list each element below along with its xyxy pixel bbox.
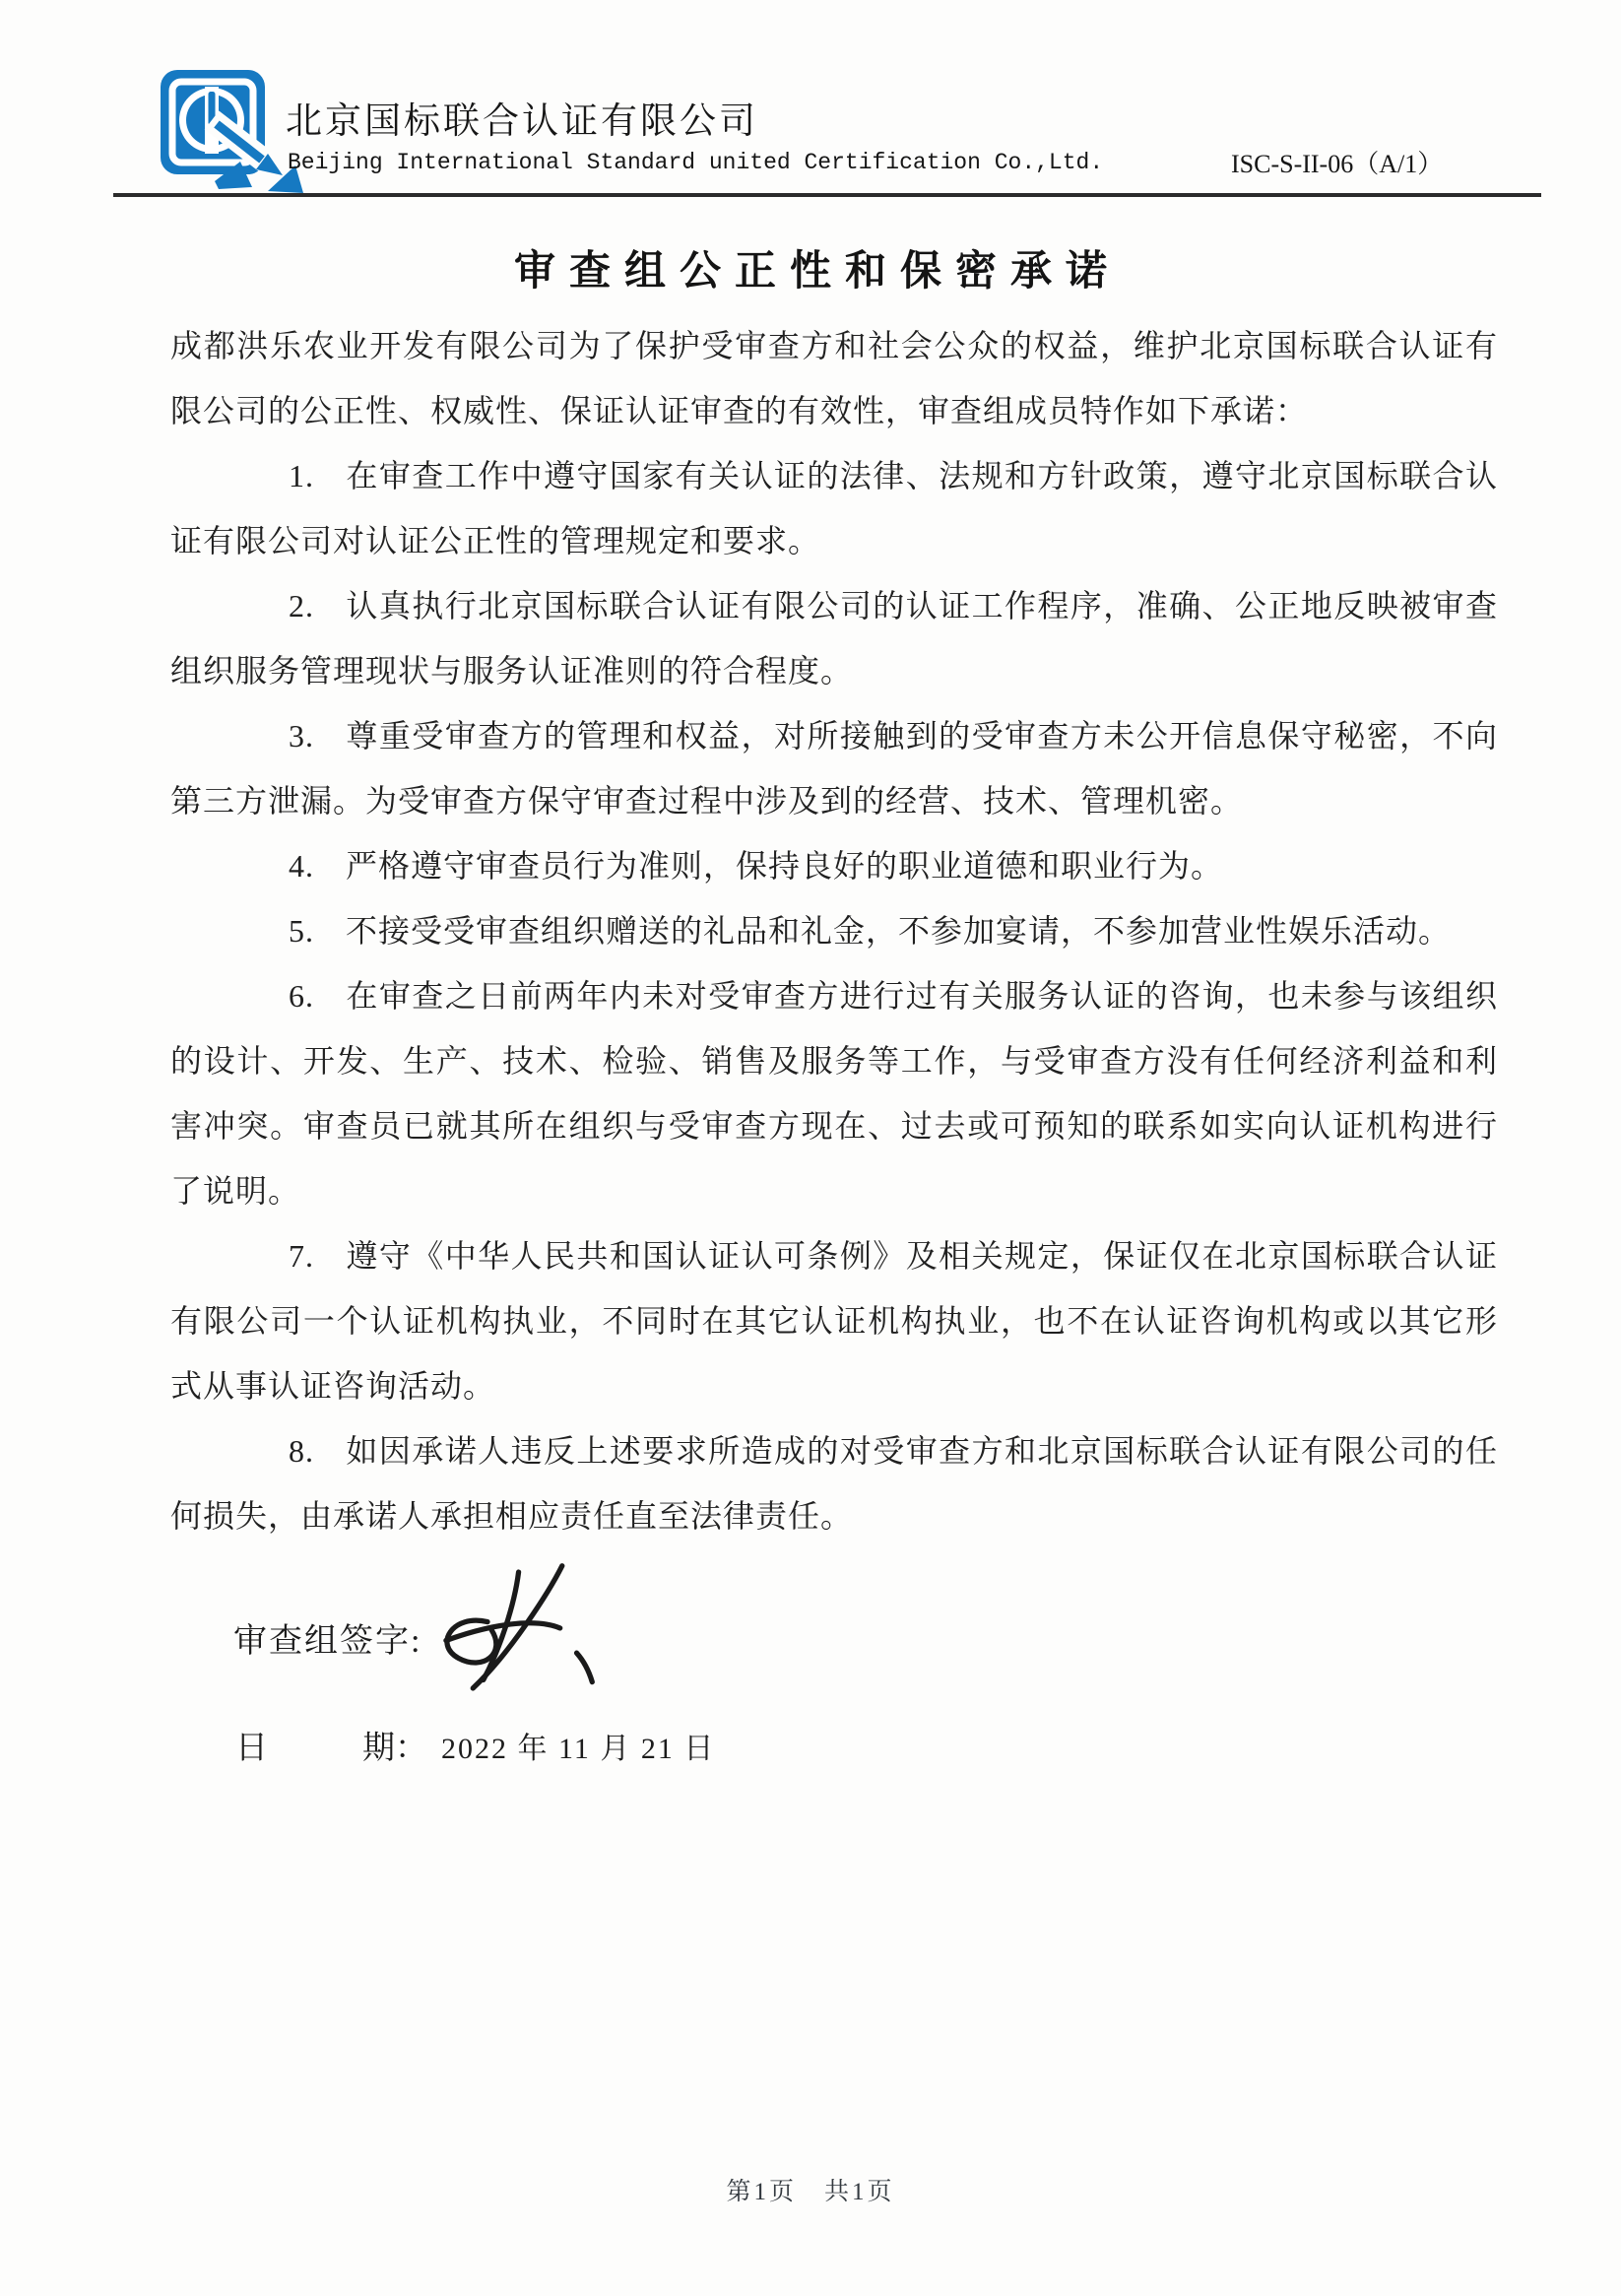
document-body: 成都洪乐农业开发有限公司为了保护受审查方和社会公众的权益，维护北京国标联合认证有… (170, 313, 1498, 1548)
date-row: 日期：2022 年 11 月 21 日 (235, 1722, 715, 1768)
page-number: 第1页 共1页 (726, 2179, 894, 2205)
signature-row: 审查组签字: (233, 1613, 421, 1662)
item-text: 遵守《中华人民共和国认证认可条例》及相关规定，保证仅在北京国标联合认证有限公司一… (170, 1238, 1498, 1404)
date-label-day: 日 (235, 1731, 268, 1766)
item-text: 如因承诺人违反上述要求所造成的对受审查方和北京国标联合认证有限公司的任何损失，由… (170, 1433, 1498, 1534)
item-text: 严格遵守审查员行为准则，保持良好的职业道德和职业行为。 (346, 848, 1223, 884)
date-value: 2022 年 11 月 21 日 (441, 1733, 715, 1765)
commitment-item-3: 3.尊重受审查方的管理和权益，对所接触到的受审查方未公开信息保守秘密，不向第三方… (170, 703, 1498, 833)
signature-label: 审查组签字: (233, 1623, 421, 1660)
item-number: 6. (229, 963, 314, 1028)
company-name-zh: 北京国标联合认证有限公司 (286, 91, 758, 144)
date-label-qi: 期： (362, 1731, 427, 1766)
commitment-item-5: 5.不接受受审查组织赠送的礼品和礼金，不参加宴请，不参加营业性娱乐活动。 (170, 898, 1498, 963)
document-page: 北京国标联合认证有限公司 Beijing International Stand… (0, 0, 1621, 2296)
item-number: 3. (229, 703, 314, 768)
handwritten-signature-image (409, 1556, 606, 1704)
item-number: 1. (229, 443, 314, 508)
item-text: 不接受受审查组织赠送的礼品和礼金，不参加宴请，不参加营业性娱乐活动。 (346, 913, 1451, 949)
page-title: 审查组公正性和保密承诺 (0, 238, 1621, 297)
item-number: 8. (229, 1418, 314, 1483)
item-number: 2. (229, 573, 314, 638)
item-text: 认真执行北京国标联合认证有限公司的认证工作程序，准确、公正地反映被审查组织服务管… (170, 588, 1498, 689)
item-text: 在审查之日前两年内未对受审查方进行过有关服务认证的咨询，也未参与该组织的设计、开… (170, 978, 1498, 1209)
commitment-item-1: 1.在审查工作中遵守国家有关认证的法律、法规和方针政策，遵守北京国标联合认证有限… (170, 443, 1498, 573)
commitment-item-2: 2.认真执行北京国标联合认证有限公司的认证工作程序，准确、公正地反映被审查组织服… (170, 573, 1498, 703)
item-text: 尊重受审查方的管理和权益，对所接触到的受审查方未公开信息保守秘密，不向第三方泄漏… (170, 718, 1498, 819)
page-footer: 第1页 共1页 (0, 2172, 1621, 2207)
item-number: 5. (229, 898, 314, 963)
item-number: 7. (229, 1223, 314, 1288)
commitment-item-4: 4.严格遵守审查员行为准则，保持良好的职业道德和职业行为。 (170, 833, 1498, 898)
item-number: 4. (229, 833, 314, 898)
doc-code: ISC-S-II-06（A/1） (1231, 144, 1443, 180)
intro-paragraph: 成都洪乐农业开发有限公司为了保护受审查方和社会公众的权益，维护北京国标联合认证有… (170, 313, 1498, 443)
company-name-en: Beijing International Standard united Ce… (288, 150, 1103, 175)
item-text: 在审查工作中遵守国家有关认证的法律、法规和方针政策，遵守北京国标联合认证有限公司… (170, 458, 1498, 558)
commitment-item-8: 8.如因承诺人违反上述要求所造成的对受审查方和北京国标联合认证有限公司的任何损失… (170, 1418, 1498, 1548)
commitment-item-7: 7.遵守《中华人民共和国认证认可条例》及相关规定，保证仅在北京国标联合认证有限公… (170, 1223, 1498, 1418)
commitment-item-6: 6.在审查之日前两年内未对受审查方进行过有关服务认证的咨询，也未参与该组织的设计… (170, 963, 1498, 1223)
header-divider (113, 193, 1541, 197)
